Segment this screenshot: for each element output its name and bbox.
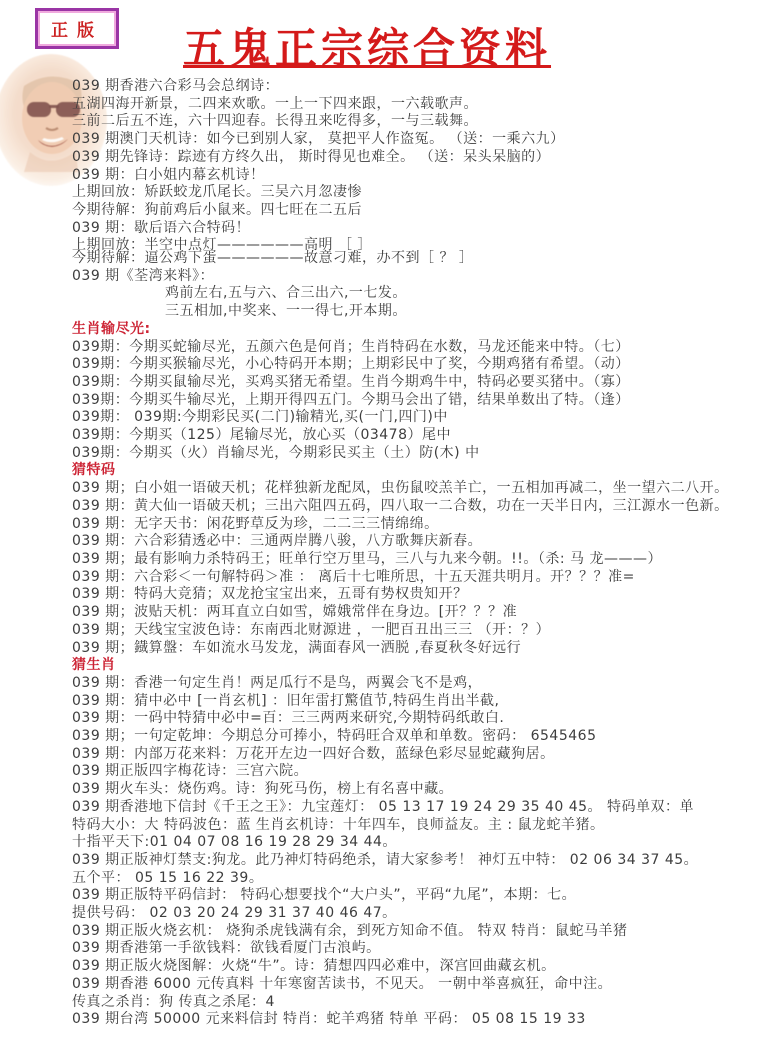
text-line: 039期：今期买鼠输尽光，买鸡买猪无希望。生肖今期鸡牛中，特码必要买猪中。（寡） (72, 374, 771, 392)
text-line: 039 期正版火烧图解：火烧“牛”。诗：猜想四四必难中，深宫回曲藏玄机。 (72, 958, 771, 976)
text-line: 039 期：特码大竞猜；双龙抢宝宝出来，五哥有势权贵知开？ (72, 586, 771, 604)
text-line: 039 期香港地下信封《千王之王》：九宝莲灯： 05 13 17 19 24 2… (72, 799, 771, 817)
text-line: 上期回放：矫跃蛟龙爪尾长。三吴六月忽凄惨 (72, 184, 771, 202)
section-header: 猜生肖 (72, 657, 771, 675)
text-line: 039 期正版神灯禁支:狗龙。此乃神灯特码绝杀，请大家参考！ 神灯五中特： 02… (72, 852, 771, 870)
text-line: 五湖四海开新景，二四来欢歌。一上一下四来跟，一六载歌声。 (72, 96, 771, 114)
text-line: 039 期：白小姐内幕玄机诗！ (72, 167, 771, 185)
text-line: 039 期：六合彩猜透必中：三通两岸腾八骏，八方歌舞庆新春。 (72, 533, 771, 551)
content-lines: 039 期香港六合彩马会总纲诗：五湖四海开新景，二四来欢歌。一上一下四来跟，一六… (0, 78, 771, 1029)
text-line: 鸡前左右,五与六、合三出六,一七发。 (72, 285, 771, 303)
text-line: 三五相加,中奖来、一一得七,开本期。 (72, 303, 771, 321)
text-line: 039 期正版火烧玄机： 烧狗杀虎钱满有余，到死方知命不值。 特双 特肖：鼠蛇马… (72, 923, 771, 941)
text-line: 039 期：无字天书：闲花野草反为珍，二二三三情绵绵。 (72, 516, 771, 534)
text-line: 五个平： 05 15 16 22 39。 (72, 870, 771, 888)
text-line: 039 期澳门天机诗：如今已到别人家， 莫把平人作盗冤。 （送：一乘六九） (72, 131, 771, 149)
text-line: 039 期：歇后语六合特码！ (72, 220, 771, 238)
text-line: 039 期；白小姐一语破天机；花样独新龙配凤，虫伤鼠咬羔羊亡，一五相加再减二，坐… (72, 480, 771, 498)
page-header: 正版 五鬼正宗综合资料 (0, 0, 771, 78)
text-line: 039 期；一句定乾坤：今期总分可捧小，特码旺合双单和单数。密码： 654546… (72, 728, 771, 746)
text-line: 039 期；波贴天机：两耳直立白如雪，嫦娥常伴在身边。[开？？？准 (72, 604, 771, 622)
text-line: 039 期正版特平码信封： 特码心想要找个“大户头”，平码“九尾”，本期：七。 (72, 887, 771, 905)
text-line: 039期：今期买猴输尽光，小心特码开本期；上期彩民中了奖，今期鸡猪有希望。（动） (72, 356, 771, 374)
text-line: 039 期：猜中必中 [一肖玄机] ：旧年雷打驚值节,特码生肖出半截, (72, 693, 771, 711)
text-line: 039 期：香港一句定生肖！两足瓜行不是鸟，两翼会飞不是鸡， (72, 675, 771, 693)
text-line: 039 期；天线宝宝波色诗：东南西北财源进 ，一肥百丑出三三 （开：？） (72, 622, 771, 640)
text-line: 十指平天下:01 04 07 08 16 19 28 29 34 44。 (72, 834, 771, 852)
text-line: 039 期先锋诗：踪迹有方终久出， 斯时得见也难全。 （送：呆头呆脑的） (72, 149, 771, 167)
text-line: 039 期台湾 50000 元来料信封 特肖：蛇羊鸡猪 特单 平码： 05 08… (72, 1011, 771, 1029)
text-line: 039 期《荃湾来料》： (72, 268, 771, 286)
genuine-badge: 正版 (35, 8, 119, 49)
text-line: 039 期香港六合彩马会总纲诗： (72, 78, 771, 96)
page-title: 五鬼正宗综合资料 (183, 16, 551, 76)
text-line: 039 期正版四字梅花诗：三宫六院。 (72, 763, 771, 781)
text-line: 特码大小：大 特码波色：蓝 生肖玄机诗：十年四车，良师益友。主 : 鼠龙蛇羊猪。 (72, 817, 771, 835)
text-line: 039 期：内部万花来料：万花开左边一四好合数，蓝绿色彩尽显蛇藏狗居。 (72, 746, 771, 764)
text-line: 039期：今期买蛇输尽光，五颜六色是何肖；生肖特码在水数，马龙还能来中特。（七） (72, 339, 771, 357)
text-line: 039期：今期买牛输尽光，上期开得四五门。今期马会出了错，结果单数出了特。（逢） (72, 392, 771, 410)
text-line: 今期待解：狗前鸡后小鼠来。四七旺在二五后 (72, 202, 771, 220)
section-header: 生肖输尽光: (72, 321, 771, 339)
text-line: 039 期香港 6000 元传真料 十年寒窗苦读书，不见天。 一朝中举喜疯狂，命… (72, 976, 771, 994)
text-line: 039期： 039期:今期彩民买(二门)输精光,买(一门,四门)中 (72, 409, 771, 427)
section-header: 猜特码 (72, 462, 771, 480)
text-line: 039 期：六合彩＜一句解特码＞准 ： 离后十七唯所思，十五天涯共明月。开？？？… (72, 569, 771, 587)
text-line: 039 期；最有影响力杀特码王；旺单行空万里马，三八与九来今朝。!!。（杀: 马… (72, 551, 771, 569)
text-line: 039期：今期买（火）肖输尽光，今期彩民买主（土）防(木) 中 (72, 445, 771, 463)
text-line: 039 期：黄大仙一语破天机；三出六阻四五码，四八取一二合数，功在一天半日内，三… (72, 498, 771, 516)
text-line: 提供号码： 02 03 20 24 29 31 37 40 46 47。 (72, 905, 771, 923)
text-line: 今期待解：逼公鸡下蛋——————故意刁难，办不到［ ？ ］ (72, 250, 771, 268)
text-line: 039 期；鐡算盤：车如流水马发龙，满面春风一洒脱 ,春夏秋冬好远行 (72, 640, 771, 658)
text-line: 039 期火车头：烧伤鸡。诗：狗死马伤，榜上有名喜中藏。 (72, 781, 771, 799)
text-line: 039 期：一码中特猜中必中=百：三三两两来研究,今期特码纸敢白. (72, 710, 771, 728)
text-line: 传真之杀肖：狗 传真之杀尾：4 (72, 994, 771, 1012)
text-line: 039 期香港第一手欲钱料：欲钱看厦门古浪屿。 (72, 940, 771, 958)
text-line: 039期：今期买（125）尾输尽光，放心买（03478）尾中 (72, 427, 771, 445)
text-line: 三前二后五不连，六十四迎春。长得丑来吃得多，一与三载舞。 (72, 113, 771, 131)
